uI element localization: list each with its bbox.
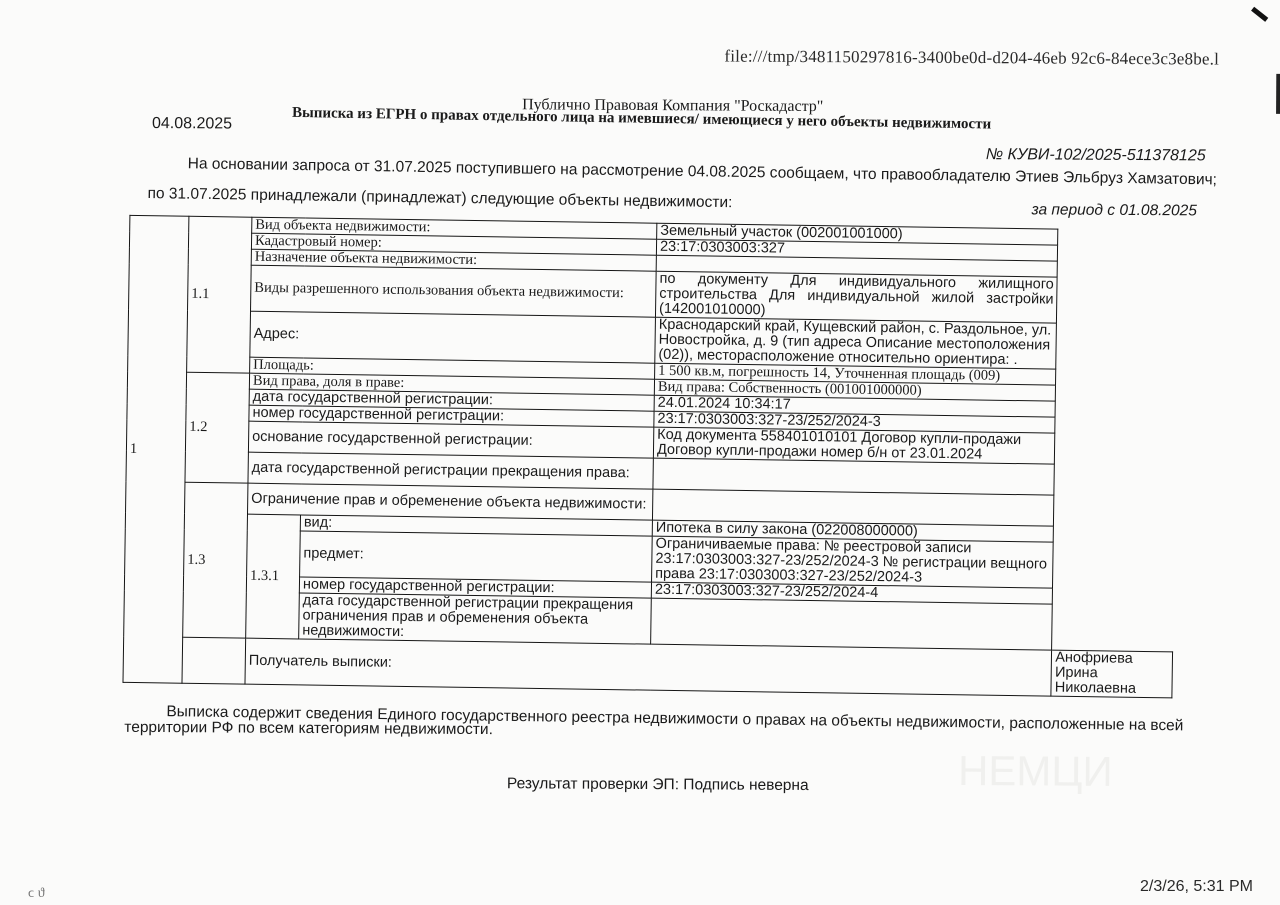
print-url: file:///tmp/3481150297816-3400be0d-d204-… <box>724 47 1219 70</box>
field-value: Код документа 558401010101 Договор купли… <box>653 427 1055 464</box>
field-value: Краснодарский край, Кущевский район, с. … <box>655 317 1057 369</box>
egrn-table: 1 1.1 Вид объекта недвижимости: Земельны… <box>122 215 1179 699</box>
recipient-value: Анофриева Ирина Николаевна <box>1051 650 1172 698</box>
footer-note-line-2: территории РФ по всем категориям недвижи… <box>124 719 493 739</box>
document-date: 04.08.2025 <box>152 115 232 133</box>
intro-period: за период с 01.08.2025 <box>1031 201 1197 220</box>
document-number: № КУВИ-102/2025-511378125 <box>986 146 1206 165</box>
empty-cell <box>182 637 246 684</box>
paper-corner-mark <box>1251 7 1268 22</box>
paper-edge-mark <box>1276 74 1280 114</box>
document-page: file:///tmp/3481150297816-3400be0d-d204-… <box>0 0 1280 905</box>
section-number: 1.1 <box>187 216 252 373</box>
section-number: 1.2 <box>185 372 250 483</box>
field-value: Ограничиваемые права: № реестровой запис… <box>652 536 1054 588</box>
field-label: дата государственной регистрации прекращ… <box>299 593 652 644</box>
field-label: предмет: <box>300 531 653 582</box>
field-label: Адрес: <box>250 311 656 363</box>
signature-check-result: Результат проверки ЭП: Подпись неверна <box>507 775 809 795</box>
section-number: 1.3 <box>183 482 248 638</box>
intro-line-2: по 31.07.2025 принадлежали (принадлежат)… <box>147 185 732 212</box>
print-timestamp: 2/3/26, 5:31 PM <box>1140 878 1253 896</box>
page-marker: ϲ ϑ <box>28 886 45 902</box>
row-number: 1 <box>123 215 189 683</box>
field-label: Виды разрешенного использования объекта … <box>251 265 657 317</box>
faint-watermark: НЕМЦИ <box>958 747 1113 796</box>
field-value: по документу Для индивидуального жилищно… <box>655 271 1057 323</box>
subsection-number: 1.3.1 <box>246 514 301 639</box>
field-value <box>651 598 1053 650</box>
